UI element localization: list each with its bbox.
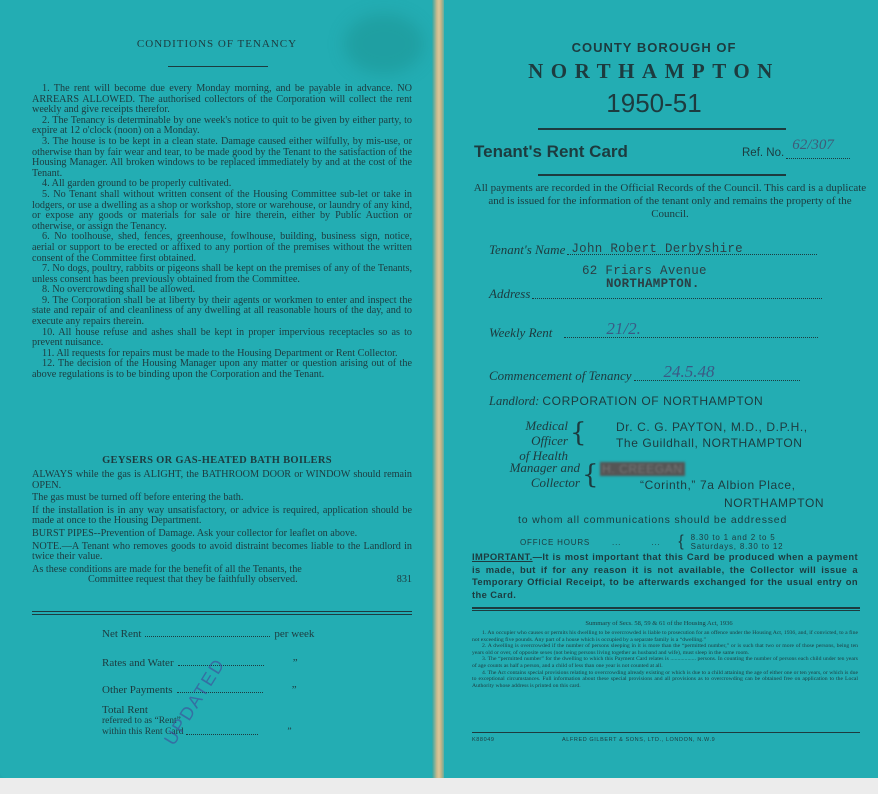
ref-no-field: 62/307 <box>786 149 850 159</box>
net-rent-row: Net Rent per week <box>102 628 314 640</box>
ownership-notice: All payments are recorded in the Officia… <box>470 182 870 221</box>
weekly-rent-value: 21/2. <box>606 319 640 339</box>
summary-item: 4. The Act contains special provisions r… <box>472 670 858 690</box>
address-field: Address <box>489 286 822 302</box>
summary-rule-top <box>472 607 860 609</box>
rates-water-row: Rates and Water ” <box>102 657 298 669</box>
condition-item: 9. The Corporation shall be at liberty b… <box>32 296 412 328</box>
brace-icon: { <box>678 533 684 551</box>
title-rule <box>168 66 268 67</box>
tenant-name-value: John Robert Derbyshire <box>571 242 743 256</box>
office-hours-weekday: 8.30 to 1 and 2 to 5 <box>691 533 784 542</box>
brace-icon: { <box>582 462 599 488</box>
summary-item: 3. The “permitted number” for the dwelli… <box>472 656 858 669</box>
address-line-1: 62 Friars Avenue <box>582 264 707 278</box>
gas-note: NOTE.—A Tenant who removes goods to avoi… <box>32 542 412 563</box>
medical-officer-line-2: The Guildhall, NORTHAMPTON <box>616 436 803 451</box>
landlord-label: Landlord: <box>489 394 539 408</box>
communications-note: to whom all communications should be add… <box>518 514 787 526</box>
ditto-mark: ” <box>267 684 297 696</box>
header-rule <box>538 128 786 130</box>
closing-request: As these conditions are made for the ben… <box>32 565 412 586</box>
housing-act-summary: 1. An occupier who causes or permits his… <box>472 630 858 689</box>
year-heading: 1950-51 <box>444 88 864 119</box>
footer-rule <box>472 732 860 733</box>
summary-item: 2. A dwelling is overcrowded if the numb… <box>472 643 858 656</box>
office-hours: OFFICE HOURS ... ... { 8.30 to 1 and 2 t… <box>520 533 783 551</box>
net-rent-field <box>145 636 270 637</box>
closing-line-2: Committee request that they be faithfull… <box>88 575 298 586</box>
gas-note: If the installation is in any way unsati… <box>32 506 412 527</box>
other-payments-label: Other Payments <box>102 684 173 696</box>
per-week-label: per week <box>274 628 314 640</box>
county-heading: COUNTY BOROUGH OF <box>444 40 864 55</box>
address-label: Address <box>489 286 530 302</box>
gas-note: The gas must be turned off before enteri… <box>32 493 412 504</box>
manager-address-1: “Corinth,” 7a Albion Place, <box>640 478 796 493</box>
card-title: Tenant's Rent Card <box>474 142 628 162</box>
manager-collector-label: Manager and Collector <box>488 460 580 490</box>
gas-note: BURST PIPES--Prevention of Damage. Ask y… <box>32 529 412 540</box>
title-rule-bottom <box>538 174 786 176</box>
ref-no-value: 62/307 <box>792 137 834 154</box>
brace-icon: { <box>570 420 587 446</box>
town-heading: NORTHAMPTON <box>444 59 864 84</box>
summary-rule-top-2 <box>472 610 860 611</box>
conditions-list: 1. The rent will become due every Monday… <box>32 84 412 381</box>
rent-card: CONDITIONS OF TENANCY 1. The rent will b… <box>0 0 878 778</box>
condition-item: 10. All house refuse and ashes shall be … <box>32 328 412 349</box>
gas-note: ALWAYS while the gas is ALIGHT, the BATH… <box>32 470 412 491</box>
landlord-row: Landlord: CORPORATION OF NORTHAMPTON <box>489 394 763 409</box>
weekly-rent-field: Weekly Rent 21/2. <box>489 325 818 341</box>
landlord-value: CORPORATION OF NORTHAMPTON <box>542 394 763 408</box>
commencement-value: 24.5.48 <box>664 362 715 382</box>
summary-item: 1. An occupier who causes or permits his… <box>472 630 858 643</box>
ref-no: Ref. No. 62/307 <box>742 147 850 159</box>
tenant-name-field: Tenant's Name John Robert Derbyshire <box>489 242 817 258</box>
printer-imprint: ALFRED GILBERT & SONS, LTD., LONDON, N.W… <box>562 737 715 743</box>
summary-title: Summary of Secs. 58, 59 & 61 of the Hous… <box>444 620 874 627</box>
condition-item: 3. The house is to be kept in a clean st… <box>32 137 412 179</box>
manager-name: H. CREEGAN <box>600 462 685 477</box>
tenant-name-label: Tenant's Name <box>489 242 565 258</box>
ditto-mark: ” <box>262 727 292 738</box>
footer-code: K88049 <box>472 737 562 743</box>
condition-item: 1. The rent will become due every Monday… <box>32 84 412 116</box>
manager-address-2: NORTHAMPTON <box>724 496 824 511</box>
printer-footer: K88049 ALFRED GILBERT & SONS, LTD., LOND… <box>472 737 858 743</box>
condition-item: 2. The Tenancy is determinable by one we… <box>32 116 412 137</box>
condition-item: 7. No dogs, poultry, rabbits or pigeons … <box>32 264 412 285</box>
gas-boilers-title: GEYSERS OR GAS-HEATED BATH BOILERS <box>0 455 434 466</box>
condition-item: 12. The decision of the Housing Manager … <box>32 359 412 380</box>
office-hours-label: OFFICE HOURS <box>520 538 590 547</box>
condition-item: 6. No toolhouse, shed, fences, greenhous… <box>32 232 412 264</box>
commencement-field: Commencement of Tenancy 24.5.48 <box>489 368 800 384</box>
medical-officer-label: Medical Officer of Health <box>488 418 568 463</box>
total-rent-field <box>186 734 258 735</box>
form-code: 831 <box>397 575 412 586</box>
conditions-title: CONDITIONS OF TENANCY <box>0 38 434 50</box>
important-notice: IMPORTANT.—It is most important that thi… <box>472 551 858 601</box>
condition-item: 5. No Tenant shall without written conse… <box>32 190 412 232</box>
weekly-rent-label: Weekly Rent <box>489 325 552 341</box>
commencement-label: Commencement of Tenancy <box>489 368 632 384</box>
net-rent-label: Net Rent <box>102 628 141 640</box>
gas-boilers-notes: ALWAYS while the gas is ALIGHT, the BATH… <box>32 470 412 586</box>
ref-no-label: Ref. No. <box>742 147 784 159</box>
important-keyword: IMPORTANT. <box>472 551 533 562</box>
ditto-mark: ” <box>268 657 298 669</box>
office-hours-saturday: Saturdays, 8.30 to 12 <box>691 542 784 551</box>
medical-officer-line-1: Dr. C. G. PAYTON, M.D., D.P.H., <box>616 420 808 435</box>
double-rule <box>32 611 412 615</box>
rates-water-label: Rates and Water <box>102 657 174 669</box>
